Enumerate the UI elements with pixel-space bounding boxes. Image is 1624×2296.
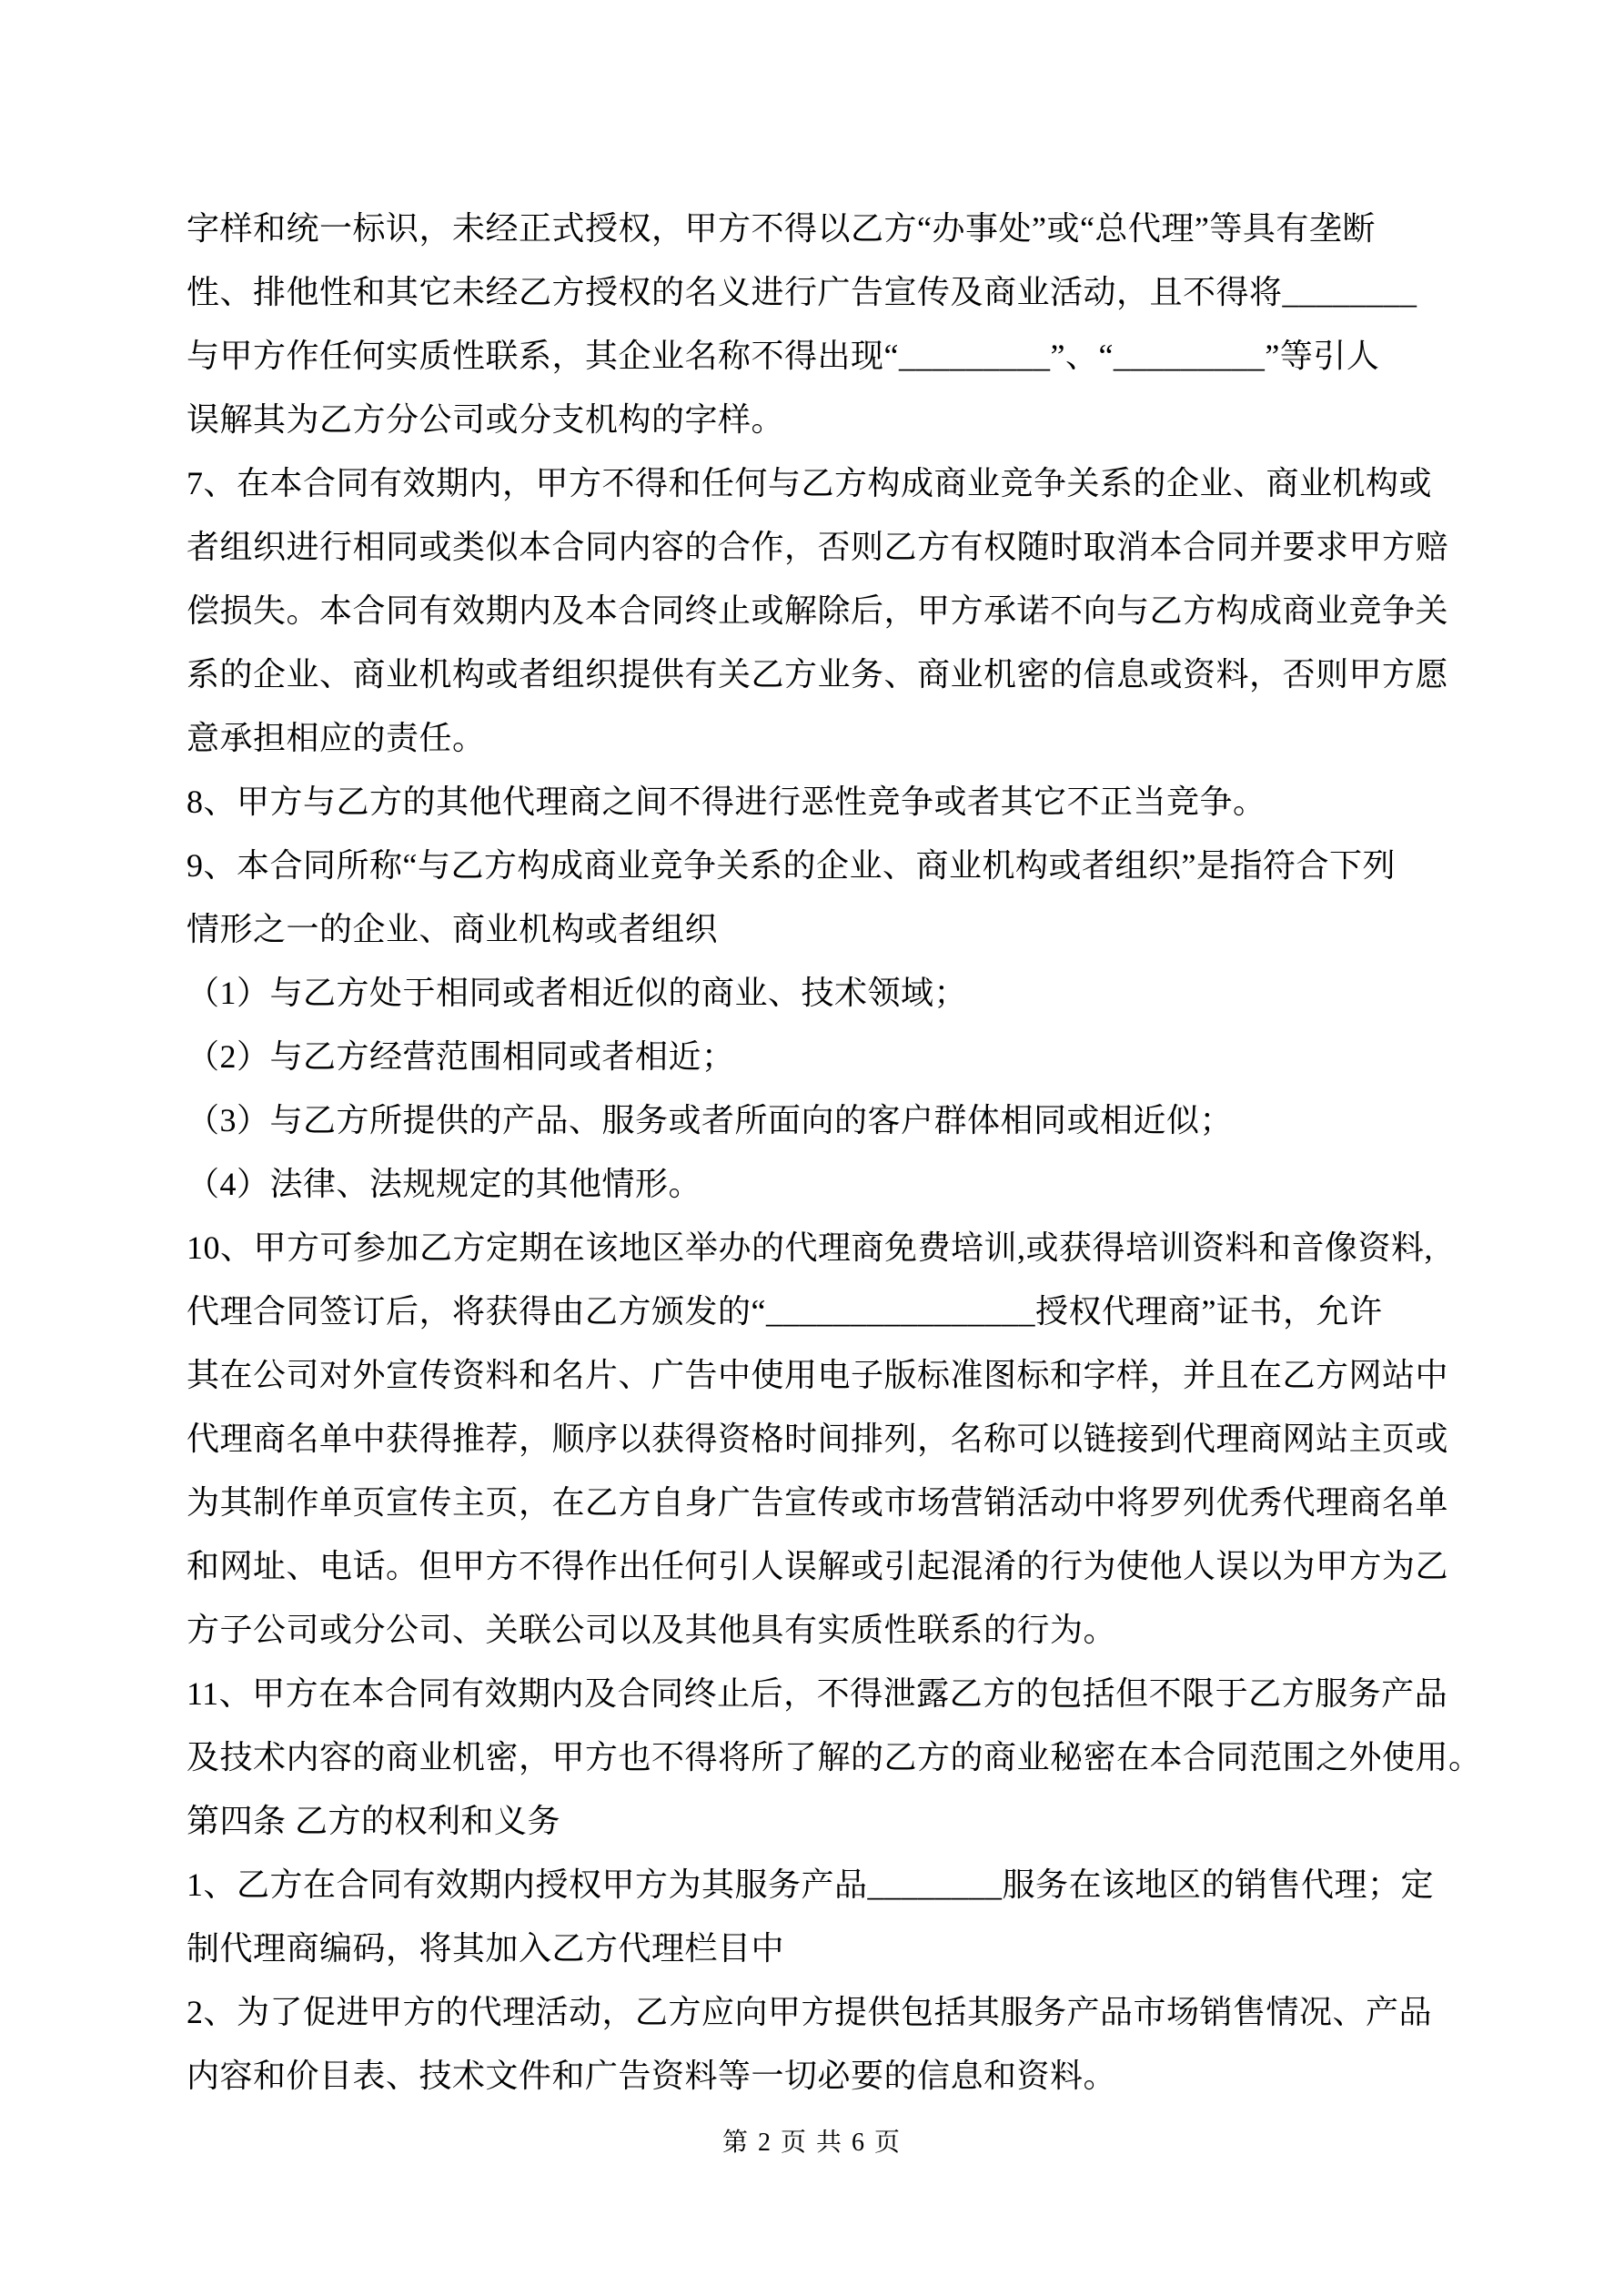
clause-7-line: 7、在本合同有效期内，甲方不得和任何与乙方构成商业竞争关系的企业、商业机构或 (187, 451, 1478, 515)
text-line: 系的企业、商业机构或者组织提供有关乙方业务、商业机密的信息或资料，否则甲方愿 (187, 642, 1478, 706)
text-line: 及技术内容的商业机密，甲方也不得将所了解的乙方的商业秘密在本合同范围之外使用。 (187, 1725, 1478, 1789)
text-line: 代理合同签订后，将获得由乙方颁发的“________________授权代理商”… (187, 1279, 1478, 1343)
list-item-4: （4）法律、法规规定的其他情形。 (187, 1152, 1478, 1216)
text-line: 字样和统一标识，未经正式授权，甲方不得以乙方“办事处”或“总代理”等具有垄断 (187, 197, 1478, 260)
text-line: 代理商名单中获得推荐，顺序以获得资格时间排列，名称可以链接到代理商网站主页或 (187, 1407, 1478, 1471)
text-line: 方子公司或分公司、关联公司以及其他具有实质性联系的行为。 (187, 1598, 1478, 1662)
text-line: 制代理商编码，将其加入乙方代理栏目中 (187, 1917, 1478, 1980)
list-item-1: （1）与乙方处于相同或者相近似的商业、技术领域； (187, 961, 1478, 1025)
article-4-heading: 第四条 乙方的权利和义务 (187, 1789, 1478, 1853)
list-item-2: （2）与乙方经营范围相同或者相近； (187, 1025, 1478, 1088)
clause-11-line: 11、甲方在本合同有效期内及合同终止后，不得泄露乙方的包括但不限于乙方服务产品 (187, 1662, 1478, 1725)
article-4-item-1-line: 1、乙方在合同有效期内授权甲方为其服务产品________服务在该地区的销售代理… (187, 1853, 1478, 1917)
text-line: 偿损失。本合同有效期内及本合同终止或解除后，甲方承诺不向与乙方构成商业竞争关 (187, 579, 1478, 642)
text-line: 内容和价目表、技术文件和广告资料等一切必要的信息和资料。 (187, 2044, 1478, 2108)
clause-10-line: 10、甲方可参加乙方定期在该地区举办的代理商免费培训,或获得培训资料和音像资料, (187, 1216, 1478, 1279)
text-line: 性、排他性和其它未经乙方授权的名义进行广告宣传及商业活动，且不得将_______… (187, 260, 1478, 324)
text-line: 和网址、电话。但甲方不得作出任何引人误解或引起混淆的行为使他人误以为甲方为乙 (187, 1534, 1478, 1598)
text-line: 者组织进行相同或类似本合同内容的合作，否则乙方有权随时取消本合同并要求甲方赔 (187, 515, 1478, 579)
clause-8-line: 8、甲方与乙方的其他代理商之间不得进行恶性竞争或者其它不正当竞争。 (187, 770, 1478, 834)
page-number-footer: 第 2 页 共 6 页 (0, 2127, 1624, 2159)
article-4-item-2-line: 2、为了促进甲方的代理活动，乙方应向甲方提供包括其服务产品市场销售情况、产品 (187, 1980, 1478, 2044)
text-line: 其在公司对外宣传资料和名片、广告中使用电子版标准图标和字样，并且在乙方网站中 (187, 1343, 1478, 1407)
text-line: 误解其为乙方分公司或分支机构的字样。 (187, 388, 1478, 451)
document-body: 字样和统一标识，未经正式授权，甲方不得以乙方“办事处”或“总代理”等具有垄断 性… (187, 197, 1478, 2108)
contract-page: 字样和统一标识，未经正式授权，甲方不得以乙方“办事处”或“总代理”等具有垄断 性… (0, 0, 1624, 2296)
clause-9-line: 9、本合同所称“与乙方构成商业竞争关系的企业、商业机构或者组织”是指符合下列 (187, 834, 1478, 897)
text-line: 意承担相应的责任。 (187, 706, 1478, 770)
text-line: 与甲方作任何实质性联系，其企业名称不得出现“_________”、“______… (187, 324, 1478, 388)
text-line: 为其制作单页宣传主页，在乙方自身广告宣传或市场营销活动中将罗列优秀代理商名单 (187, 1471, 1478, 1534)
text-line: 情形之一的企业、商业机构或者组织 (187, 897, 1478, 961)
list-item-3: （3）与乙方所提供的产品、服务或者所面向的客户群体相同或相近似； (187, 1088, 1478, 1152)
